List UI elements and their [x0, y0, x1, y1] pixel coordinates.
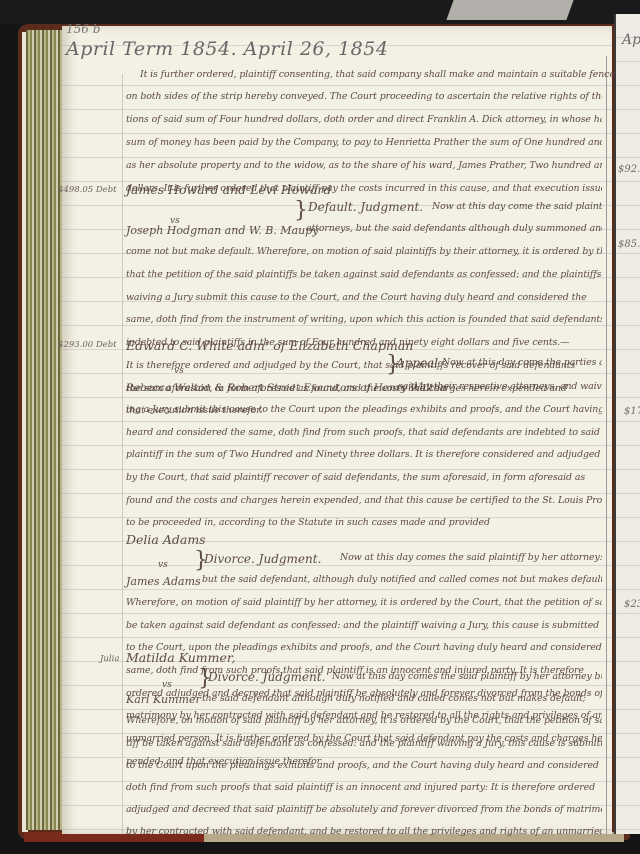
text-line: adjudged and decreed that said plaintiff…	[126, 799, 602, 821]
facing-page-heading: April	[622, 32, 640, 48]
paper-flap	[446, 0, 573, 20]
case-defendant: Karl Kummer	[126, 693, 201, 706]
facing-margin-note: $92.82	[618, 164, 640, 175]
ledger-page: 156 b April Term 1854. April 26, 1854 It…	[62, 26, 612, 834]
margin-amount: $498.05 Debt	[58, 185, 117, 195]
text-line: that the petition of the said plaintiffs…	[126, 264, 602, 286]
text-line: said by their respective attorneys, and …	[398, 376, 602, 398]
case-plaintiff: Edward C. White admʳ of Elizabeth Chapma…	[126, 338, 413, 353]
case-plaintiff: Delia Adams	[126, 532, 206, 547]
text-line: sum of money has been paid by the Compan…	[126, 132, 602, 154]
case-plaintiff: Matilda Kummer,	[126, 650, 236, 665]
text-line: the said defendant although duly notifie…	[202, 688, 602, 710]
text-line: ing a Jury submit this cause to the Cour…	[126, 399, 602, 421]
case-verdict: Default. Judgment.	[308, 200, 423, 214]
text-line: Now at this day come the parties afore-	[442, 352, 602, 374]
text-line: Now at this day comes the said plaintiff…	[340, 547, 602, 569]
case-defendant: Joseph Hodgman and W. B. Maupy	[126, 224, 318, 237]
text-line: to be proceeded in, according to the Sta…	[126, 512, 602, 534]
text-line: attorneys, but the said defendants altho…	[306, 218, 602, 240]
text-line: found and the costs and charges herein e…	[126, 490, 602, 512]
text-line: come not but make default. Wherefore, on…	[126, 241, 602, 263]
text-line: by her contracted with said defendant, a…	[126, 821, 602, 843]
right-margin-rule	[606, 56, 607, 836]
text-line: doth find from such proofs that said pla…	[126, 777, 602, 799]
text-line: same, doth find from the instrument of w…	[126, 309, 602, 331]
text-line: Now at this day come the said plaintiffs…	[432, 196, 602, 218]
case-vs: vs	[162, 680, 172, 690]
text-line: tiff be taken against said defendant as …	[126, 733, 602, 755]
margin-rule	[122, 74, 123, 834]
facing-margin-note: $23	[624, 599, 640, 610]
text-line: on both sides of the strip hereby convey…	[126, 86, 602, 108]
text-line: Wherefore, on motion of said plaintiff b…	[126, 710, 602, 732]
text-line: by the Court, that said plaintiff recove…	[126, 467, 602, 489]
page-number: 156 b	[66, 22, 100, 36]
page-heading: April Term 1854. April 26, 1854	[66, 38, 388, 60]
text-line: plaintiff in the sum of Two Hundred and …	[126, 444, 602, 466]
text-line: It is further ordered, plaintiff consent…	[140, 64, 616, 86]
text-line: tions of said sum of Four hundred dollar…	[126, 109, 602, 131]
case-plaintiff: James Howard and Levi Howard	[126, 182, 331, 197]
case-vs: vs	[174, 366, 184, 376]
text-line: Now at this day comes the said plaintiff…	[332, 666, 602, 688]
text-line: Wherefore, on motion of said plaintiff b…	[126, 592, 602, 614]
text-line: as her absolute property and to the wido…	[126, 155, 602, 177]
text-line: but the said defendant, although duly no…	[202, 569, 602, 591]
case-verdict: Divorce. Judgment.	[208, 670, 325, 684]
ledger-scene: April $92.82 $85.92 $17 $23 156 b April …	[0, 0, 640, 854]
case-verdict: Divorce. Judgment.	[204, 552, 321, 566]
case-defendant: James Adams	[126, 575, 201, 588]
text-line: heard and considered the same, doth find…	[126, 422, 602, 444]
text-line: to the Court upon the pleadings exhibits…	[126, 755, 602, 777]
facing-page: April $92.82 $85.92 $17 $23	[614, 14, 640, 834]
facing-margin-note: $85.92	[618, 239, 640, 250]
margin-note: Julia	[100, 654, 119, 664]
text-line: be taken against said defendant as confe…	[126, 615, 602, 637]
facing-margin-note: $17	[624, 406, 640, 417]
case-verdict: Appeal.	[396, 356, 442, 370]
margin-amount: $293.00 Debt	[58, 340, 117, 350]
text-line: waiving a Jury submit this cause to the …	[126, 287, 602, 309]
page-stack	[26, 30, 62, 830]
case-vs: vs	[158, 560, 168, 570]
